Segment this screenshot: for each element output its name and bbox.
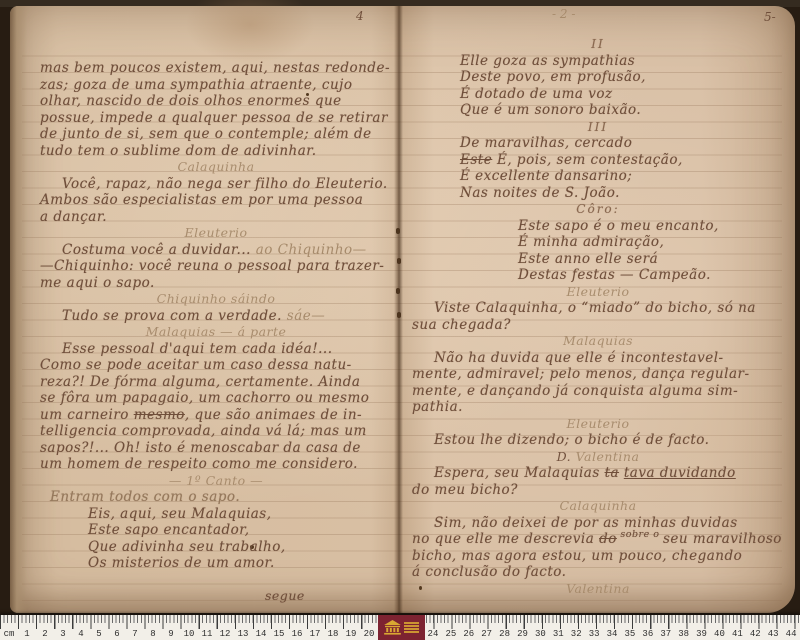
ruler-number: 35 bbox=[621, 629, 639, 640]
ruler-numbers-right: 2425262728293031323334353637383940414243… bbox=[424, 629, 800, 640]
manuscript-line: Calaquinha bbox=[412, 498, 784, 515]
ruler-number: 8 bbox=[144, 629, 162, 640]
binding-crease bbox=[394, 6, 403, 613]
manuscript-line: mente, e dançando já conquista alguma si… bbox=[412, 383, 784, 400]
ruler-number: 32 bbox=[567, 629, 585, 640]
binding-stitch bbox=[397, 312, 401, 318]
manuscript-line: um homem de respeito como me considero. bbox=[40, 456, 392, 473]
ruler-number: 31 bbox=[549, 629, 567, 640]
manuscript-line: mente, admiravel; pelo menos, dança regu… bbox=[412, 366, 784, 383]
binding-stitch bbox=[396, 228, 400, 234]
manuscript-line: Côro: bbox=[412, 201, 784, 218]
ruler-number: 11 bbox=[198, 629, 216, 640]
manuscript-line: Elle goza as sympathias bbox=[412, 53, 784, 70]
manuscript-line: Eleuterio bbox=[40, 225, 392, 242]
ruler-number: 42 bbox=[746, 629, 764, 640]
manuscript-line: Eis, aqui, seu Malaquias, bbox=[40, 506, 392, 523]
right-page-text: IIElle goza as sympathiasDeste povo, em … bbox=[412, 36, 784, 597]
manuscript-line: se fôra um papagaio, um cachorro ou mesm… bbox=[40, 390, 392, 407]
ruler-number: cm bbox=[0, 629, 18, 640]
ruler-number: 30 bbox=[531, 629, 549, 640]
ruler-number: 33 bbox=[585, 629, 603, 640]
manuscript-line: De maravilhas, cercado bbox=[412, 135, 784, 152]
manuscript-line: É minha admiração, bbox=[412, 234, 784, 251]
manuscript-line: a dançar. bbox=[40, 209, 392, 226]
ruler-number: 25 bbox=[442, 629, 460, 640]
manuscript-line: de junto de si, sem que o contemple; alé… bbox=[40, 126, 392, 143]
manuscript-line: me aqui o sapo. bbox=[40, 275, 392, 292]
ruler-number: 39 bbox=[693, 629, 711, 640]
manuscript-line: Espera, seu Malaquias ta tava duvidando bbox=[412, 465, 784, 482]
manuscript-line: Este É, pois, sem contestação, bbox=[412, 152, 784, 169]
binding-stitch bbox=[397, 258, 401, 264]
manuscript-line: pathia. bbox=[412, 399, 784, 416]
measuring-ruler: cm123456789101112131415161718192021 2425… bbox=[0, 615, 800, 640]
manuscript-line: sua chegada? bbox=[412, 317, 784, 334]
ruler-number: 44 bbox=[782, 629, 800, 640]
right-page-number: - 2 - bbox=[552, 7, 575, 21]
manuscript-line: Que adivinha seu trabalho, bbox=[40, 539, 392, 556]
manuscript-line: Este anno elle será bbox=[412, 251, 784, 268]
ruler-number: 20 bbox=[360, 629, 378, 640]
left-page-text: mas bem poucos existem, aqui, nestas red… bbox=[40, 60, 392, 605]
manuscript-line: Não ha duvida que elle é incontestavel- bbox=[412, 350, 784, 367]
ruler-number: 5 bbox=[90, 629, 108, 640]
manuscript-line: um carneiro mesmo, que são animaes de in… bbox=[40, 407, 392, 424]
manuscript-line: Destas festas — Campeão. bbox=[412, 267, 784, 284]
ruler-number: 19 bbox=[342, 629, 360, 640]
ruler-number: 34 bbox=[603, 629, 621, 640]
ruler-number: 6 bbox=[108, 629, 126, 640]
ruler-number: 28 bbox=[496, 629, 514, 640]
manuscript-line: no que elle me descrevia do sobre o seu … bbox=[412, 531, 784, 548]
manuscript-line: bicho, mas agora estou, um pouco, chegan… bbox=[412, 548, 784, 565]
manuscript-line bbox=[40, 572, 392, 589]
manuscript-line: á conclusão do facto. bbox=[412, 564, 784, 581]
manuscript-line: Tudo se prova com a verdade. sáe— bbox=[40, 308, 392, 325]
manuscript-line: É dotado de uma voz bbox=[412, 86, 784, 103]
manuscript-line: Sim, não deixei de por as minhas duvidas bbox=[412, 515, 784, 532]
manuscript-line: Malaquias bbox=[412, 333, 784, 350]
ruler-number: 14 bbox=[252, 629, 270, 640]
manuscript-line: possue, impede a qualquer pessoa de se r… bbox=[40, 110, 392, 127]
ruler-number: 2 bbox=[36, 629, 54, 640]
manuscript-line: Eleuterio bbox=[412, 416, 784, 433]
manuscript-line: Ambos são especialistas em por uma pesso… bbox=[40, 192, 392, 209]
manuscript-line: Entram todos com o sapo. bbox=[40, 489, 392, 506]
ruler-number: 43 bbox=[764, 629, 782, 640]
ruler-number: 13 bbox=[234, 629, 252, 640]
manuscript-line: sapos?!... Oh! isto é menoscabar da casa… bbox=[40, 440, 392, 457]
ruler-number: 4 bbox=[72, 629, 90, 640]
binding-stitch bbox=[396, 288, 400, 294]
logo-text-lines bbox=[404, 622, 419, 633]
ruler-number: 41 bbox=[728, 629, 746, 640]
manuscript-line: reza?! De fórma alguma, certamente. Aind… bbox=[40, 374, 392, 391]
ruler-number: 7 bbox=[126, 629, 144, 640]
manuscript-line: telligencia comprovada, ainda vá lá; mas… bbox=[40, 423, 392, 440]
ruler-number: 18 bbox=[324, 629, 342, 640]
manuscript-line: Que é um sonoro baixão. bbox=[412, 102, 784, 119]
manuscript-line: tudo tem o sublime dom de adivinhar. bbox=[40, 143, 392, 160]
manuscript-line: II bbox=[412, 36, 784, 53]
manuscript-line: Como se pode aceitar um caso dessa natu- bbox=[40, 357, 392, 374]
manuscript-line: III bbox=[412, 119, 784, 136]
manuscript-line: Este sapo é o meu encanto, bbox=[412, 218, 784, 235]
ruler-number: 3 bbox=[54, 629, 72, 640]
ruler-number: 1 bbox=[18, 629, 36, 640]
manuscript-line: mas bem poucos existem, aqui, nestas red… bbox=[40, 60, 392, 77]
manuscript-scan: 4 - 2 - 5- mas bem poucos existem, aqui,… bbox=[0, 0, 800, 640]
ruler-number: 37 bbox=[657, 629, 675, 640]
building-icon bbox=[384, 620, 401, 635]
ruler-number: 40 bbox=[711, 629, 729, 640]
ruler-number: 17 bbox=[306, 629, 324, 640]
manuscript-line: —Chiquinho: você reuna o pessoal para tr… bbox=[40, 258, 392, 275]
manuscript-line: Viste Calaquinha, o “miado” do bicho, só… bbox=[412, 300, 784, 317]
ruler-number: 38 bbox=[675, 629, 693, 640]
corner-page-number: 5- bbox=[764, 10, 776, 24]
manuscript-line: Calaquinha bbox=[40, 159, 392, 176]
manuscript-line: Chiquinho sáindo bbox=[40, 291, 392, 308]
manuscript-line: segue bbox=[40, 588, 392, 605]
ruler-number: 26 bbox=[460, 629, 478, 640]
ruler-numbers-left: cm123456789101112131415161718192021 bbox=[0, 629, 396, 640]
ruler-number: 29 bbox=[514, 629, 532, 640]
manuscript-line: zas; goza de uma sympathia atraente, cuj… bbox=[40, 77, 392, 94]
manuscript-line: Nas noites de S. João. bbox=[412, 185, 784, 202]
manuscript-line: Valentina bbox=[412, 581, 784, 598]
manuscript-line: Deste povo, em profusão, bbox=[412, 69, 784, 86]
manuscript-line: Esse pessoal d'aqui tem cada idéa!... bbox=[40, 341, 392, 358]
ruler-number: 9 bbox=[162, 629, 180, 640]
manuscript-line: Eleuterio bbox=[412, 284, 784, 301]
ruler-number: 16 bbox=[288, 629, 306, 640]
manuscript-line: Os misterios de um amor. bbox=[40, 555, 392, 572]
ruler-number: 24 bbox=[424, 629, 442, 640]
manuscript-line: Estou lhe dizendo; o bicho é de facto. bbox=[412, 432, 784, 449]
manuscript-line: É excellente dansarino; bbox=[412, 168, 784, 185]
manuscript-line: Costuma você a duvidar... ao Chiquinho— bbox=[40, 242, 392, 259]
ruler-number: 36 bbox=[639, 629, 657, 640]
ruler-number: 10 bbox=[180, 629, 198, 640]
ruler-number: 12 bbox=[216, 629, 234, 640]
left-page-number: 4 bbox=[356, 9, 364, 23]
manuscript-line: Você, rapaz, não nega ser filho do Eleut… bbox=[40, 176, 392, 193]
ruler-number: 27 bbox=[478, 629, 496, 640]
ruler-number: 15 bbox=[270, 629, 288, 640]
manuscript-line: — 1º Canto — bbox=[40, 473, 392, 490]
manuscript-line: do meu bicho? bbox=[412, 482, 784, 499]
manuscript-line: Malaquias — á parte bbox=[40, 324, 392, 341]
manuscript-line: olhar, nascido de dois olhos enormes que bbox=[40, 93, 392, 110]
manuscript-line: Este sapo encantador, bbox=[40, 522, 392, 539]
archive-logo bbox=[378, 615, 425, 640]
manuscript-line: D. Valentina bbox=[412, 449, 784, 466]
